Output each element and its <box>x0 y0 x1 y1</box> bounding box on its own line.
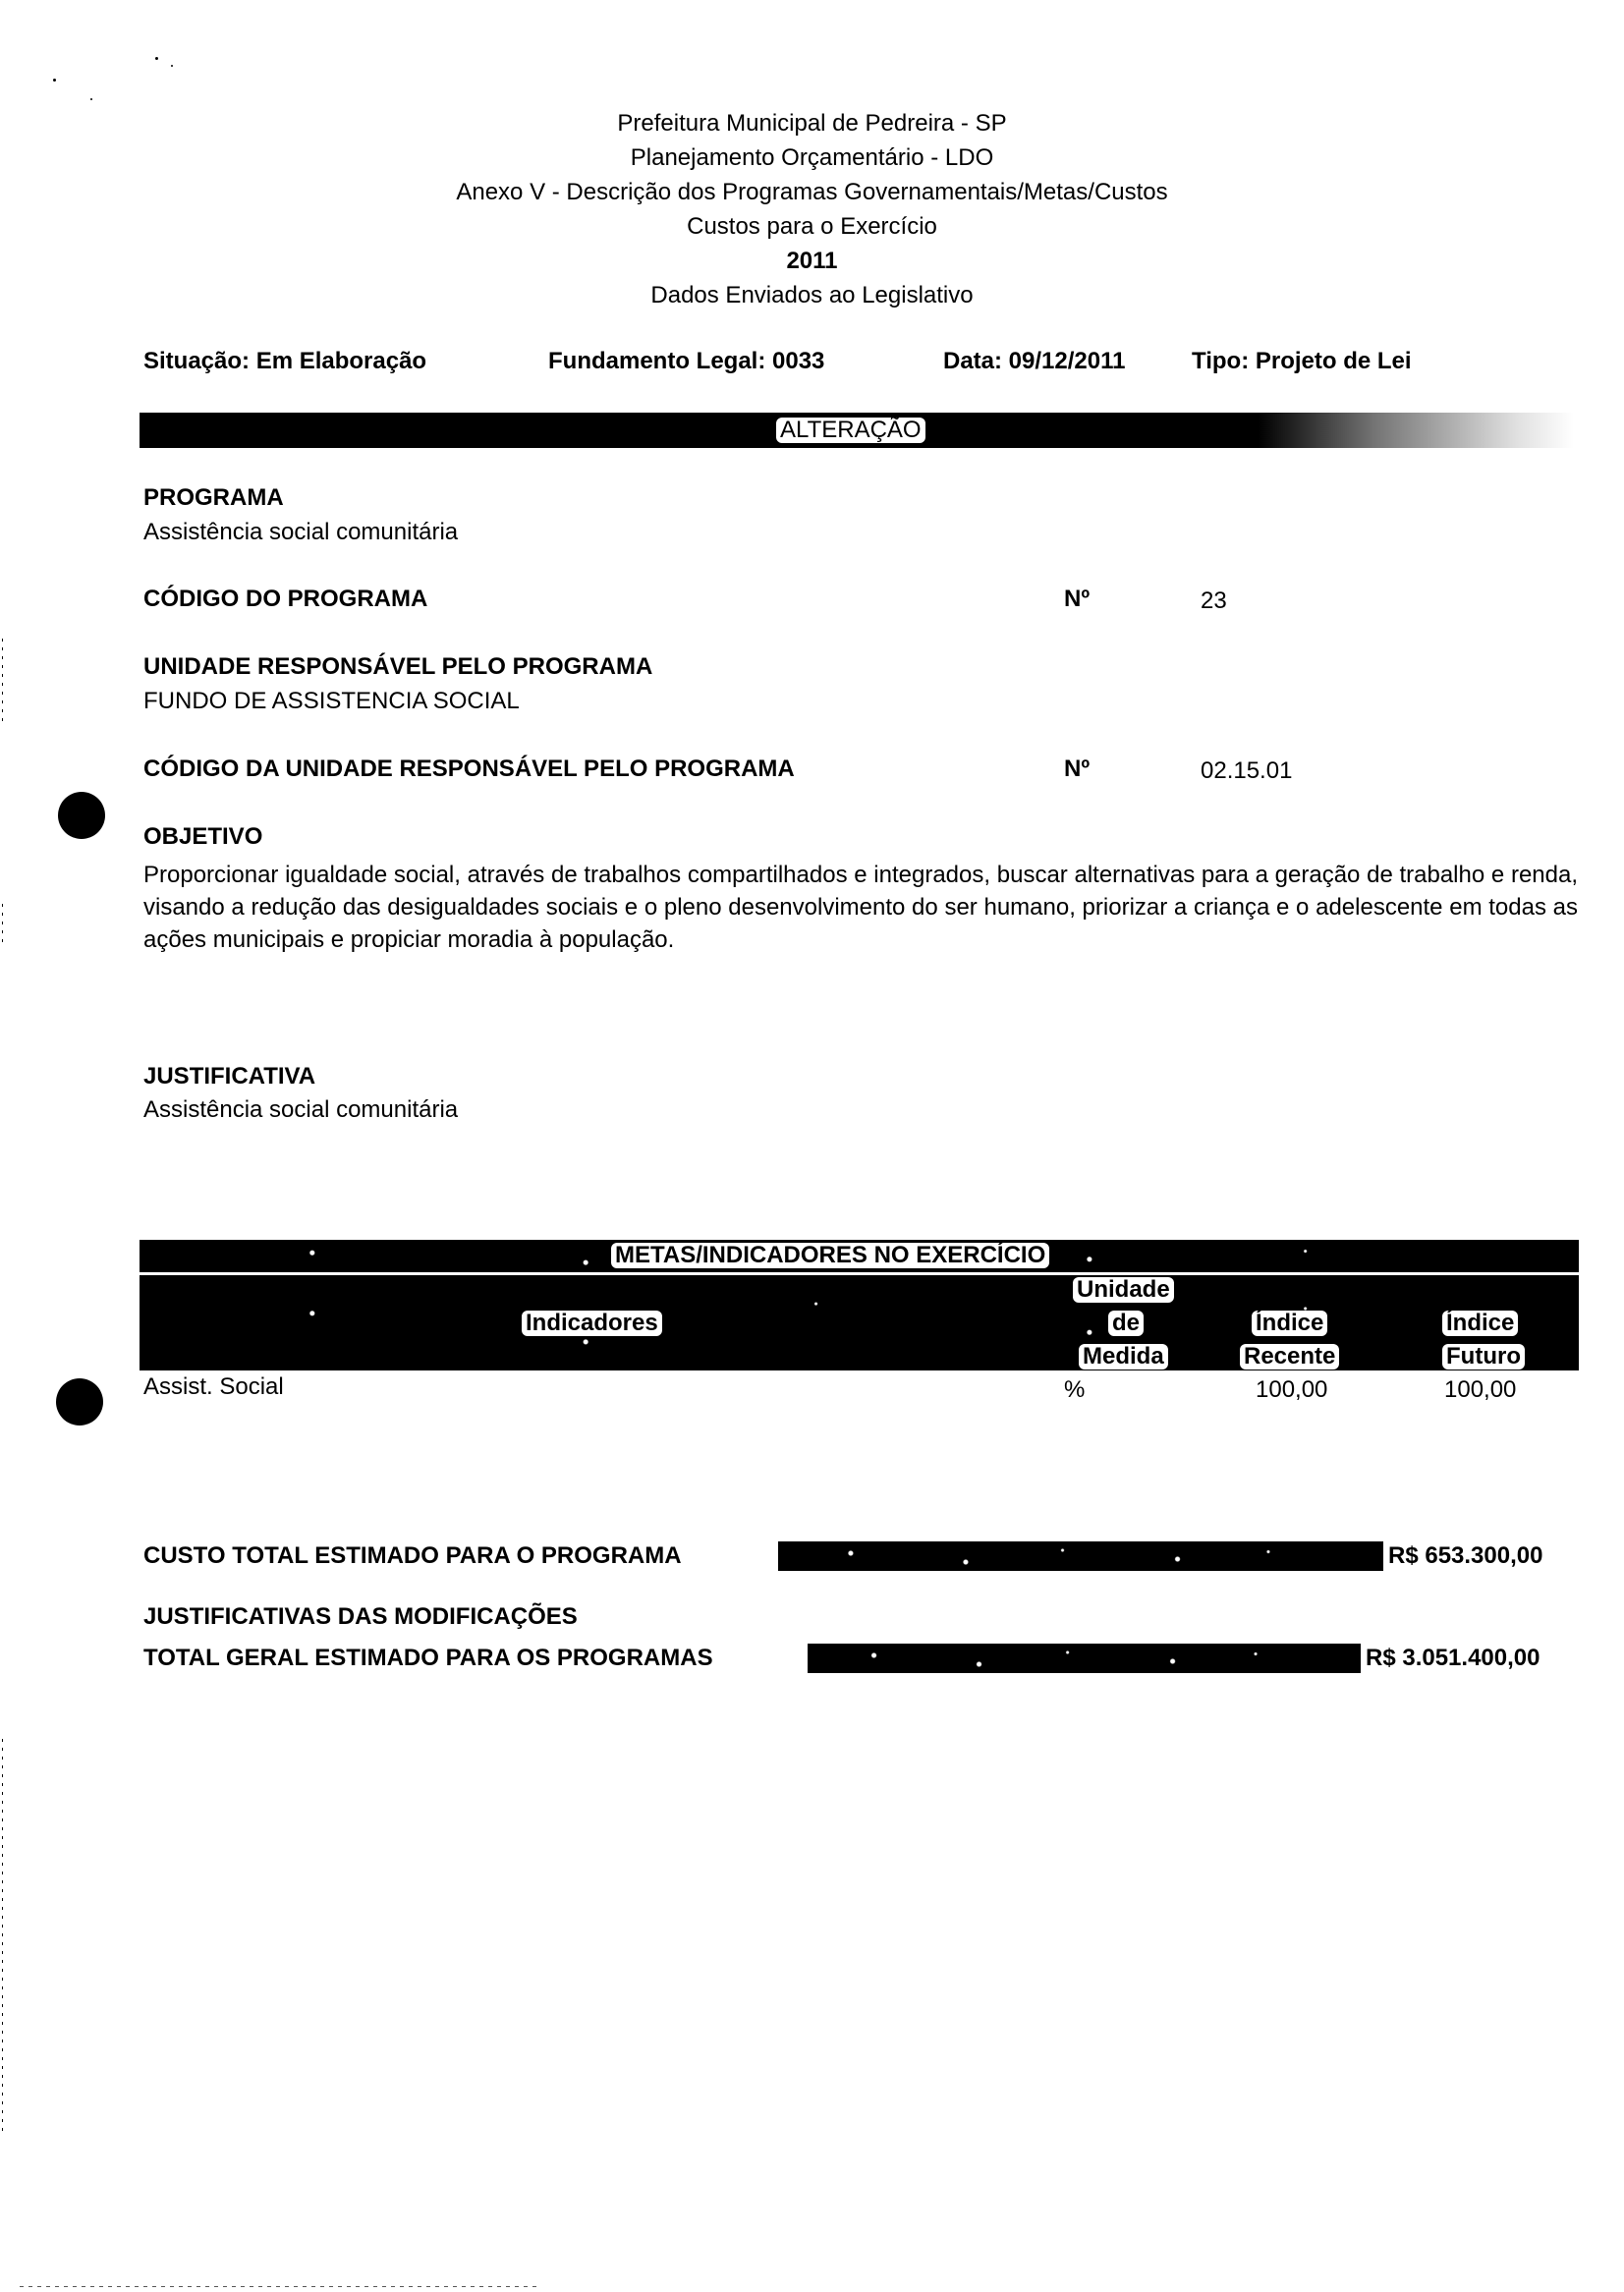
header-municipality: Prefeitura Municipal de Pedreira - SP <box>0 110 1624 138</box>
column-header-unidade-1: Unidade <box>1073 1277 1174 1303</box>
total-geral-bar <box>808 1644 1361 1673</box>
status-data: Data: 09/12/2011 <box>943 348 1125 375</box>
justificativas-modificacoes-label: JUSTIFICATIVAS DAS MODIFICAÇÕES <box>143 1603 578 1631</box>
codigo-programa-value: 23 <box>1201 587 1227 615</box>
column-header-unidade-2: de <box>1108 1311 1144 1336</box>
status-fundamento-legal: Fundamento Legal: 0033 <box>548 348 824 375</box>
scan-edge-artifact <box>2 904 3 943</box>
column-header-futuro-2: Futuro <box>1442 1344 1525 1370</box>
header-legislative: Dados Enviados ao Legislativo <box>0 282 1624 309</box>
column-header-indicadores: Indicadores <box>522 1311 662 1336</box>
column-header-recente-1: Índice <box>1252 1311 1327 1336</box>
status-situacao: Situação: Em Elaboração <box>143 348 426 375</box>
scan-speck <box>53 79 56 82</box>
header-costs: Custos para o Exercício <box>0 213 1624 241</box>
custo-total-label: CUSTO TOTAL ESTIMADO PARA O PROGRAMA <box>143 1542 682 1570</box>
unidade-responsavel-value: FUNDO DE ASSISTENCIA SOCIAL <box>143 688 520 715</box>
custo-total-bar <box>778 1541 1383 1571</box>
header-annex: Anexo V - Descrição dos Programas Govern… <box>0 179 1624 206</box>
column-header-futuro-1: Índice <box>1442 1311 1518 1336</box>
scan-speck <box>171 65 173 67</box>
scan-edge-artifact <box>20 2286 540 2287</box>
unidade-responsavel-label: UNIDADE RESPONSÁVEL PELO PROGRAMA <box>143 653 652 681</box>
cell-indicador: Assist. Social <box>143 1373 284 1401</box>
metas-title: METAS/INDICADORES NO EXERCÍCIO <box>611 1243 1049 1268</box>
punch-hole-mark <box>58 792 105 839</box>
justificativa-label: JUSTIFICATIVA <box>143 1063 315 1090</box>
programa-value: Assistência social comunitária <box>143 519 458 546</box>
objetivo-label: OBJETIVO <box>143 823 262 851</box>
column-header-recente-2: Recente <box>1240 1344 1339 1370</box>
scan-edge-artifact <box>2 1739 3 2132</box>
scan-speck <box>155 57 158 60</box>
cell-unidade: % <box>1064 1376 1085 1404</box>
custo-total-value: R$ 653.300,00 <box>1388 1542 1542 1570</box>
total-geral-label: TOTAL GERAL ESTIMADO PARA OS PROGRAMAS <box>143 1645 713 1672</box>
header-year: 2011 <box>0 248 1624 275</box>
objetivo-text: Proporcionar igualdade social, através d… <box>143 859 1578 956</box>
alteracao-section-title: ALTERAÇÃO <box>776 418 925 443</box>
scan-speck <box>90 98 92 100</box>
metas-header-bar <box>140 1275 1579 1370</box>
cell-indice-futuro: 100,00 <box>1444 1376 1516 1404</box>
codigo-programa-num-label: Nº <box>1064 586 1090 613</box>
codigo-unidade-value: 02.15.01 <box>1201 757 1292 785</box>
header-planning: Planejamento Orçamentário - LDO <box>0 144 1624 172</box>
codigo-programa-label: CÓDIGO DO PROGRAMA <box>143 586 427 613</box>
column-header-unidade-3: Medida <box>1079 1344 1168 1370</box>
justificativa-value: Assistência social comunitária <box>143 1096 458 1124</box>
codigo-unidade-num-label: Nº <box>1064 755 1090 783</box>
codigo-unidade-label: CÓDIGO DA UNIDADE RESPONSÁVEL PELO PROGR… <box>143 755 795 783</box>
total-geral-value: R$ 3.051.400,00 <box>1366 1645 1540 1672</box>
programa-label: PROGRAMA <box>143 484 284 512</box>
punch-hole-mark <box>56 1378 103 1426</box>
cell-indice-recente: 100,00 <box>1256 1376 1327 1404</box>
scan-edge-artifact <box>2 639 3 727</box>
status-tipo: Tipo: Projeto de Lei <box>1192 348 1412 375</box>
